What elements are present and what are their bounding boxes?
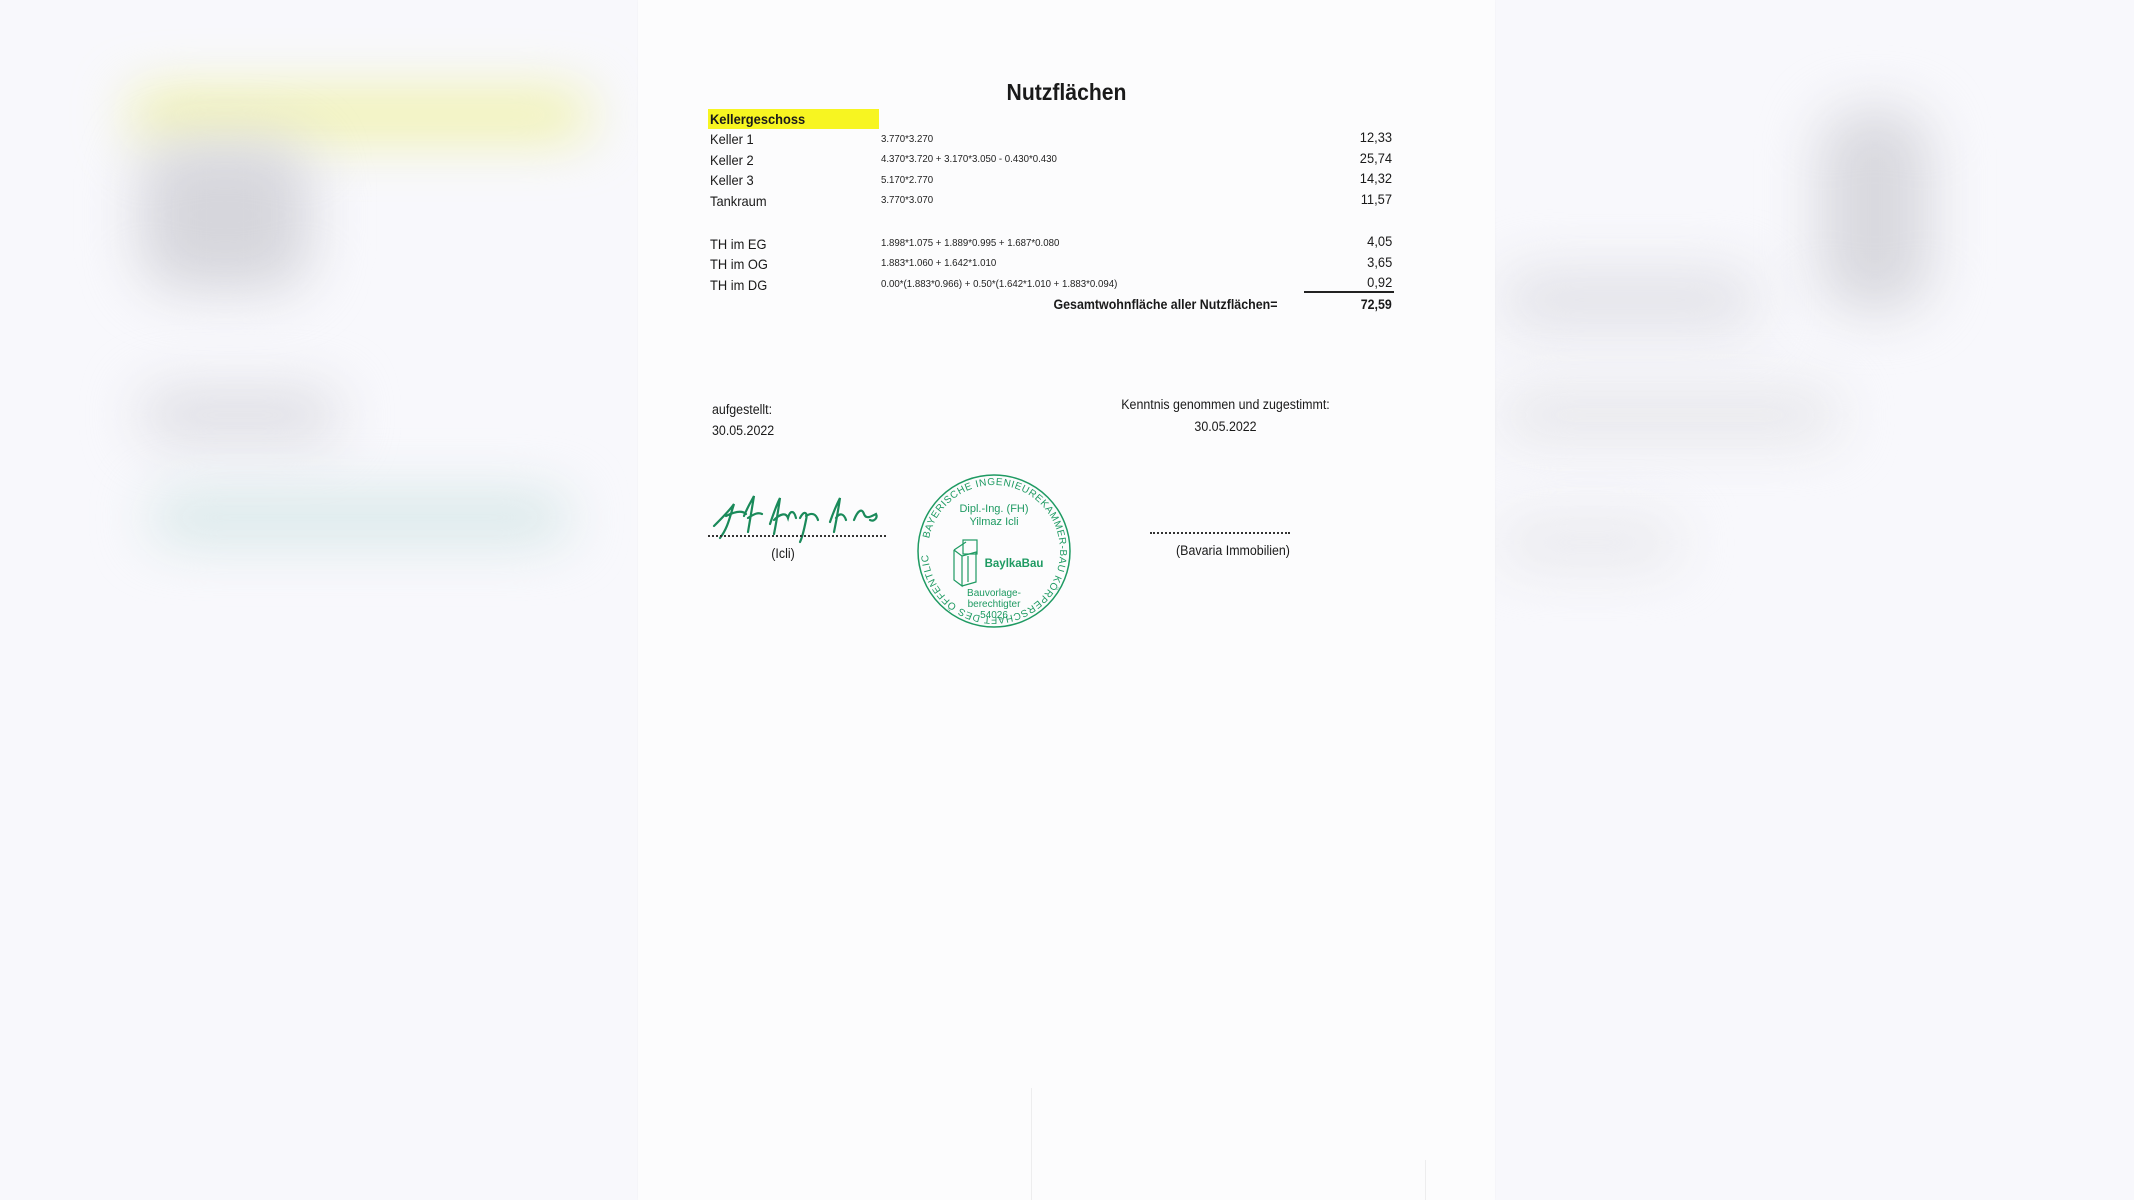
total-label: Gesamtwohnfläche aller Nutzflächen= xyxy=(1053,297,1277,312)
stamp-line1: Dipl.-Ing. (FH) xyxy=(959,503,1028,515)
row-value: 0,92 xyxy=(1367,274,1392,290)
row-value: 14,32 xyxy=(1360,170,1392,186)
stamp-brand: BaylkaBau xyxy=(985,558,1044,570)
signer-left: (Icli) xyxy=(742,546,825,561)
scan-artifact xyxy=(1031,1088,1032,1200)
stamp-line3: Bauvorlage- xyxy=(967,588,1021,599)
row-label: TH im DG xyxy=(710,277,767,293)
scan-artifact xyxy=(1425,1160,1426,1200)
prepared-date: 30.05.2022 xyxy=(712,423,774,438)
row-formula: 1.898*1.075 + 1.889*0.995 + 1.687*0.080 xyxy=(881,237,1059,249)
sum-underline xyxy=(1304,291,1394,293)
signer-right: (Bavaria Immobilien) xyxy=(1146,543,1321,558)
row-label: TH im OG xyxy=(710,256,768,272)
approval-label: Kenntnis genommen und zugestimmt: xyxy=(1117,397,1333,412)
row-formula: 1.883*1.060 + 1.642*1.010 xyxy=(881,257,996,269)
document-page: Nutzflächen Kellergeschoss Keller 1 3.77… xyxy=(638,0,1495,1200)
row-value: 25,74 xyxy=(1360,150,1392,166)
row-formula: 3.770*3.070 xyxy=(881,194,933,206)
row-label: TH im EG xyxy=(710,236,767,252)
row-value: 4,05 xyxy=(1367,233,1392,249)
row-label: Tankraum xyxy=(710,193,767,209)
row-label: Keller 2 xyxy=(710,152,754,168)
row-value: 12,33 xyxy=(1360,129,1392,145)
official-stamp-icon: BAYERISCHE INGENIEUREKAMMER-BAU KÖRPERSC… xyxy=(914,470,1074,632)
stamp-line2: Yilmaz Icli xyxy=(969,516,1018,528)
stamp-number: 54026 xyxy=(980,610,1008,621)
row-formula: 4.370*3.720 + 3.170*3.050 - 0.430*0.430 xyxy=(881,153,1057,165)
signature-line xyxy=(1150,532,1290,534)
row-label: Keller 1 xyxy=(710,131,754,147)
section-heading: Kellergeschoss xyxy=(710,111,805,127)
row-formula: 3.770*3.270 xyxy=(881,133,933,145)
row-value: 11,57 xyxy=(1361,191,1392,207)
total-value: 72,59 xyxy=(1361,297,1392,312)
signature-line xyxy=(708,535,886,537)
row-formula: 0.00*(1.883*0.966) + 0.50*(1.642*1.010 +… xyxy=(881,278,1117,290)
stamp-line4: berechtigter xyxy=(968,599,1021,610)
prepared-label: aufgestellt: xyxy=(712,402,772,417)
approval-date: 30.05.2022 xyxy=(1117,419,1333,434)
row-value: 3,65 xyxy=(1367,254,1392,270)
page-title: Nutzflächen xyxy=(672,79,1460,106)
row-formula: 5.170*2.770 xyxy=(881,174,933,186)
row-label: Keller 3 xyxy=(710,172,754,188)
